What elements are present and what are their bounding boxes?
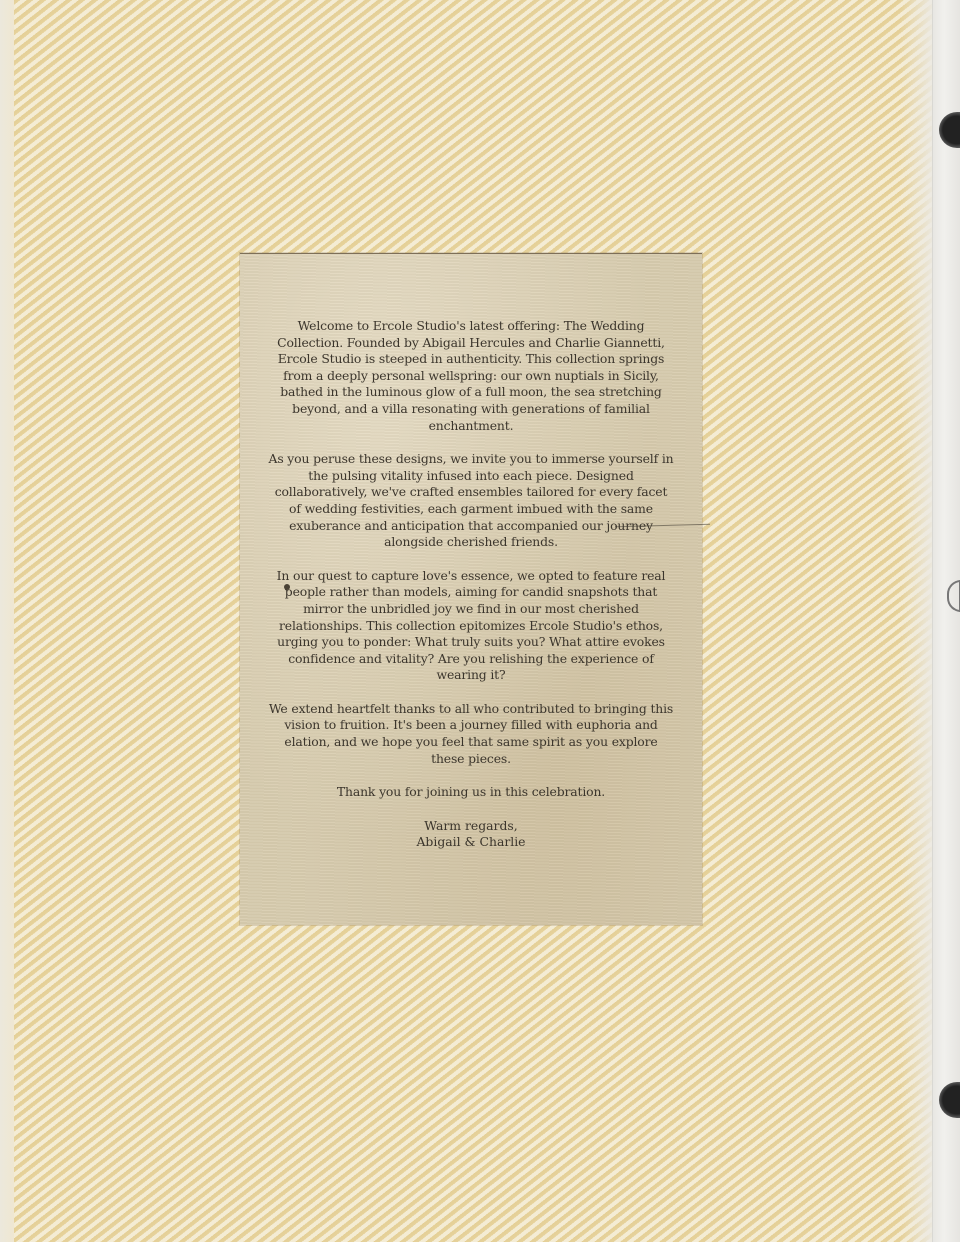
ink-spot: [284, 584, 290, 590]
letter-paragraph-thanks: We extend heartfelt thanks to all who co…: [268, 701, 674, 767]
punch-hole-icon: [939, 1082, 960, 1118]
letter-paragraph-quest: In our quest to capture love's essence, …: [268, 568, 674, 684]
letter-signature: Abigail & Charlie: [268, 834, 674, 851]
letter-signoff: Warm regards, Abigail & Charlie: [268, 818, 674, 851]
punch-hole-icon: [947, 580, 960, 612]
letter-paragraph-designs: As you peruse these designs, we invite y…: [268, 451, 674, 551]
page-left-margin: [0, 0, 14, 1242]
page-right-edge: [900, 0, 932, 1242]
punch-hole-icon: [939, 112, 960, 148]
letter-paragraph-intro: Welcome to Ercole Studio's latest offeri…: [268, 318, 674, 434]
binder-strip: [932, 0, 960, 1242]
letter-card: Welcome to Ercole Studio's latest offeri…: [240, 253, 702, 925]
letter-closing: Warm regards,: [268, 818, 674, 835]
letter-paragraph-celebration: Thank you for joining us in this celebra…: [268, 784, 674, 801]
